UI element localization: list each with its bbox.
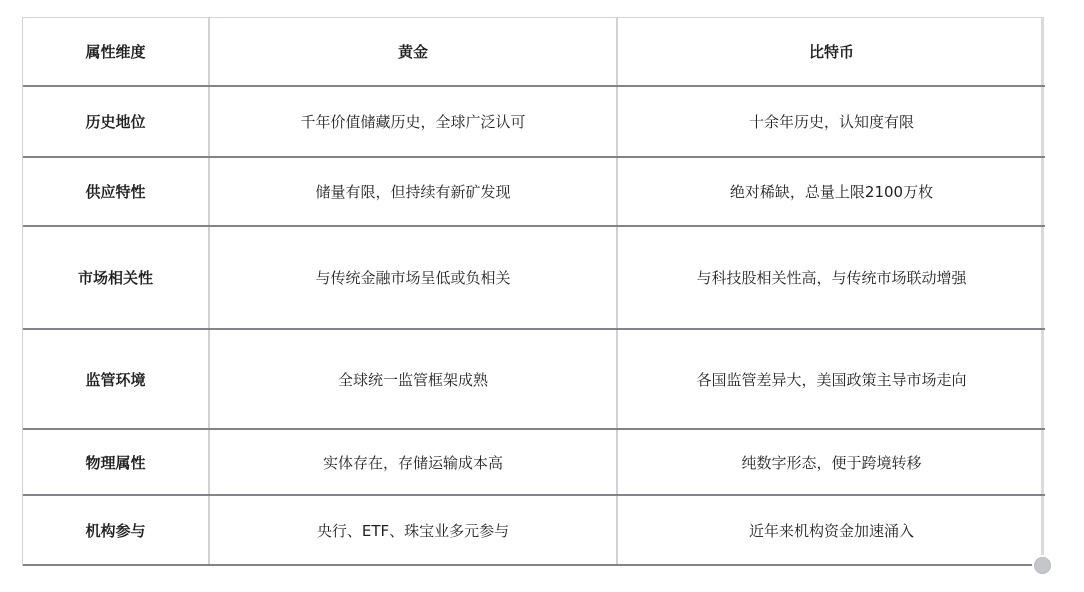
comparison-table: 属性维度 黄金 比特币 历史地位 千年价值储藏历史，全球广泛认可 十余年历史，认… (22, 17, 1044, 566)
table-row-correlation: 市场相关性 与传统金融市场呈低或负相关 与科技股相关性高，与传统市场联动增强 (23, 226, 1045, 329)
col-header-bitcoin[interactable]: 比特币 (617, 18, 1045, 86)
bitcoin-supply-cell[interactable]: 绝对稀缺，总量上限2100万枚 (617, 157, 1045, 226)
gold-vs-bitcoin-table: 属性维度 黄金 比特币 历史地位 千年价值储藏历史，全球广泛认可 十余年历史，认… (23, 18, 1045, 566)
gold-correlation-cell[interactable]: 与传统金融市场呈低或负相关 (209, 226, 617, 329)
table-row-supply: 供应特性 储量有限，但持续有新矿发现 绝对稀缺，总量上限2100万枚 (23, 157, 1045, 226)
gold-history-cell[interactable]: 千年价值储藏历史，全球广泛认可 (209, 86, 617, 157)
gold-physical-cell[interactable]: 实体存在，存储运输成本高 (209, 429, 617, 495)
row-label-supply[interactable]: 供应特性 (23, 157, 209, 226)
col-header-attribute[interactable]: 属性维度 (23, 18, 209, 86)
header-row: 属性维度 黄金 比特币 (23, 18, 1045, 86)
bitcoin-regulation-cell[interactable]: 各国监管差异大，美国政策主导市场走向 (617, 329, 1045, 429)
row-label-physical[interactable]: 物理属性 (23, 429, 209, 495)
bitcoin-physical-cell[interactable]: 纯数字形态，便于跨境转移 (617, 429, 1045, 495)
resize-handle[interactable] (1034, 557, 1051, 574)
bitcoin-institutional-cell[interactable]: 近年来机构资金加速涌入 (617, 495, 1045, 565)
table-row-regulation: 监管环境 全球统一监管框架成熟 各国监管差异大，美国政策主导市场走向 (23, 329, 1045, 429)
document-canvas: 属性维度 黄金 比特币 历史地位 千年价值储藏历史，全球广泛认可 十余年历史，认… (0, 0, 1084, 592)
gold-institutional-cell[interactable]: 央行、ETF、珠宝业多元参与 (209, 495, 617, 565)
table-row-institutional: 机构参与 央行、ETF、珠宝业多元参与 近年来机构资金加速涌入 (23, 495, 1045, 565)
row-label-regulation[interactable]: 监管环境 (23, 329, 209, 429)
table-row-history: 历史地位 千年价值储藏历史，全球广泛认可 十余年历史，认知度有限 (23, 86, 1045, 157)
table-row-physical: 物理属性 实体存在，存储运输成本高 纯数字形态，便于跨境转移 (23, 429, 1045, 495)
bitcoin-correlation-cell[interactable]: 与科技股相关性高，与传统市场联动增强 (617, 226, 1045, 329)
row-label-history[interactable]: 历史地位 (23, 86, 209, 157)
row-label-correlation[interactable]: 市场相关性 (23, 226, 209, 329)
col-header-gold[interactable]: 黄金 (209, 18, 617, 86)
bitcoin-history-cell[interactable]: 十余年历史，认知度有限 (617, 86, 1045, 157)
row-label-institutional[interactable]: 机构参与 (23, 495, 209, 565)
gold-supply-cell[interactable]: 储量有限，但持续有新矿发现 (209, 157, 617, 226)
gold-regulation-cell[interactable]: 全球统一监管框架成熟 (209, 329, 617, 429)
